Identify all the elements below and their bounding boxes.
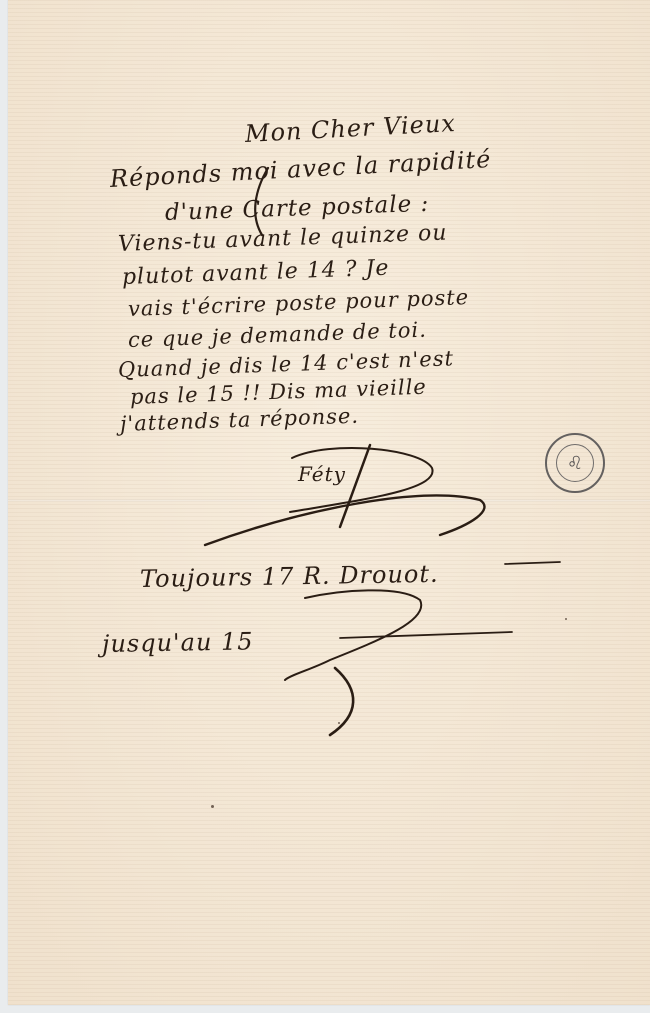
signature: Féty — [298, 462, 346, 486]
library-stamp: BIBLIOTHÈQUE ROYALE DE BELGIQUE ♌ — [545, 433, 605, 493]
postscript-line-1: Toujours 17 R. Drouot. — [140, 560, 439, 593]
ink-speck — [565, 618, 567, 620]
postscript-line-2: jusqu'au 15 — [102, 627, 254, 658]
address-underline — [340, 632, 512, 638]
signoff-dash — [505, 562, 560, 564]
tail-stroke — [330, 668, 353, 735]
signature-downstroke — [340, 445, 370, 527]
pen-flourishes — [0, 0, 650, 1013]
ink-speck — [338, 722, 340, 724]
lion-emblem-icon: ♌ — [556, 444, 594, 482]
ink-speck — [211, 805, 214, 808]
